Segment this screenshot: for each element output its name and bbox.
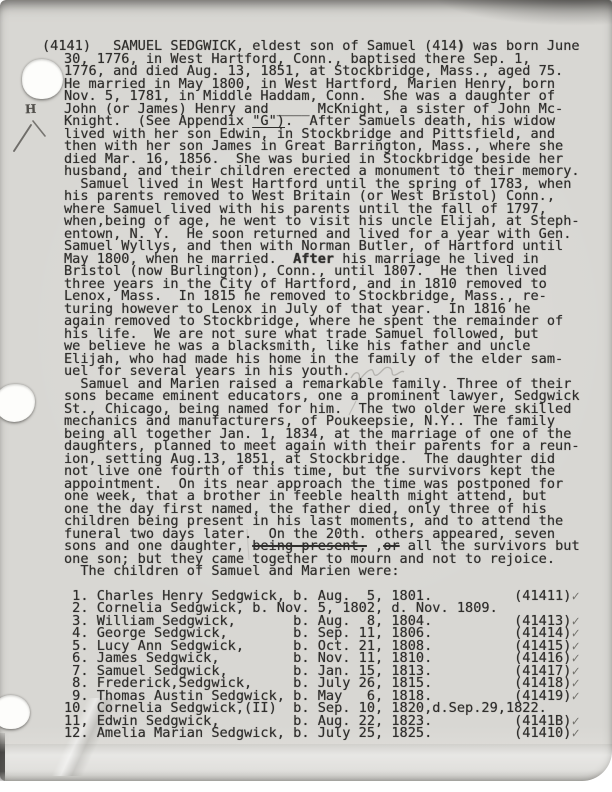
pencil-check-icon: ✓	[572, 688, 581, 704]
children-list: 1. Charles Henry Sedgwick, b. Aug. 5, 18…	[64, 590, 599, 740]
pencil-check-icon: ✓	[572, 725, 581, 741]
hole-punch	[22, 59, 63, 99]
pencil-check-icon: ✓	[572, 588, 581, 604]
pencil-margin-letter: H	[25, 103, 37, 115]
child-row: 12. Amelia Marian Sedgwick, b. July 25, …	[64, 727, 599, 740]
body-paragraphs: SAMUEL SEDGWICK, eldest son of Samuel (4…	[64, 40, 599, 578]
document-body: SAMUEL SEDGWICK, eldest son of Samuel (4…	[64, 40, 599, 740]
text-line: The children of Samuel and Marien were:	[64, 565, 599, 578]
